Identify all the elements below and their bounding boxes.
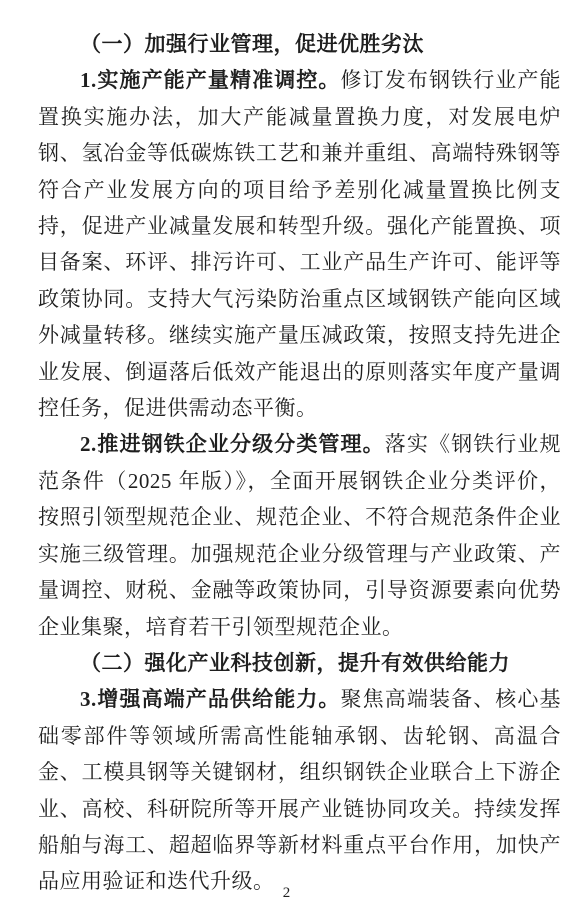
section-1-paragraph-2-lead: 2.推进钢铁企业分级分类管理。	[80, 432, 385, 456]
section-1-paragraph-1: 1.实施产能产量精准调控。修订发布钢铁行业产能置换实施办法，加大产能减量置换力度…	[38, 62, 561, 426]
section-2-paragraph-1-text: 聚焦高端装备、核心基础零部件等领域所需高性能轴承钢、齿轮钢、高温合金、工模具钢等…	[38, 687, 561, 893]
section-1-paragraph-1-text: 修订发布钢铁行业产能置换实施办法，加大产能减量置换力度，对发展电炉钢、氢冶金等低…	[38, 68, 561, 420]
document-content: （一）加强行业管理，促进优胜劣汰 1.实施产能产量精准调控。修订发布钢铁行业产能…	[38, 26, 561, 900]
section-2-heading: （二）强化产业科技创新，提升有效供给能力	[38, 645, 561, 681]
section-2-paragraph-1-lead: 3.增强高端产品供给能力。	[80, 687, 341, 711]
section-1-paragraph-1-lead: 1.实施产能产量精准调控。	[80, 68, 341, 92]
section-2-paragraph-1: 3.增强高端产品供给能力。聚焦高端装备、核心基础零部件等领域所需高性能轴承钢、齿…	[38, 681, 561, 899]
document-page: （一）加强行业管理，促进优胜劣汰 1.实施产能产量精准调控。修订发布钢铁行业产能…	[0, 0, 573, 910]
section-1-heading: （一）加强行业管理，促进优胜劣汰	[38, 26, 561, 62]
section-1-paragraph-2-text: 落实《钢铁行业规范条件（2025 年版）》，全面开展钢铁企业分类评价，按照引领型…	[38, 432, 561, 638]
page-number: 2	[0, 884, 573, 902]
section-1-paragraph-2: 2.推进钢铁企业分级分类管理。落实《钢铁行业规范条件（2025 年版）》，全面开…	[38, 426, 561, 644]
